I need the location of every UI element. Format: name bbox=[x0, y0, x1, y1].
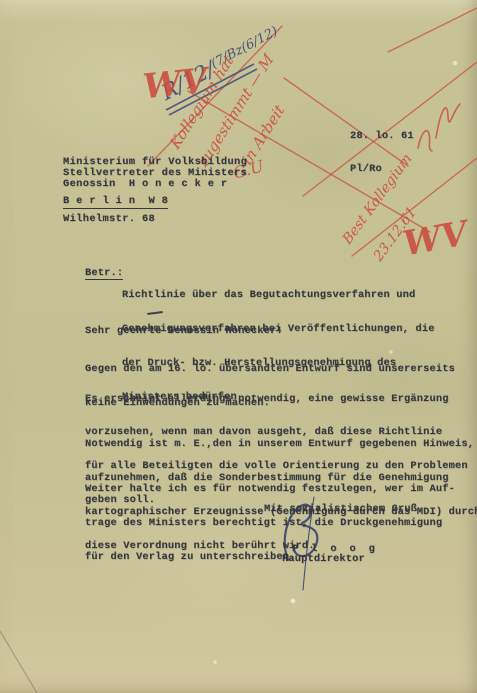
scanned-letter-page: R/12/(7/Bz(6/12) WV Kollegium hat zugest… bbox=[0, 0, 477, 693]
closing-formula: Mit sozialistischem Gruß bbox=[264, 504, 417, 515]
paragraph-4: Weiter halte ich es für notwendig festzu… bbox=[85, 462, 455, 586]
date-line: 28. lo. 61 bbox=[350, 131, 414, 142]
body-line: trage des Ministers berechtigt ist, die … bbox=[85, 518, 455, 529]
body-line: Es erscheint allerdings notwendig, eine … bbox=[85, 394, 468, 405]
subject-label: Betr.: bbox=[85, 268, 123, 279]
reference-line: Pl/Ro bbox=[350, 164, 414, 175]
red-paraph-marks bbox=[418, 104, 460, 151]
recipient-line-3: Genossin H o n e c k e r bbox=[63, 179, 227, 190]
signer-title: Hauptdirektor bbox=[282, 554, 365, 565]
body-line: Weiter halte ich es für notwendig festzu… bbox=[85, 484, 455, 495]
red-wv-mark-right: WV bbox=[400, 215, 470, 264]
subject-line: Richtlinie über das Begutachtungsverfahr… bbox=[122, 290, 435, 301]
recipient-city: B e r l i n W 8 bbox=[63, 196, 168, 207]
date-block: 28. lo. 61 Pl/Ro bbox=[350, 108, 414, 198]
salutation: Sehr geehrte Genossin Honecker! bbox=[85, 326, 283, 337]
body-line: für den Verlag zu unterschreiben. bbox=[85, 552, 455, 563]
body-line: Notwendig ist m. E.,den in unserem Entwu… bbox=[85, 439, 477, 450]
paper-crease bbox=[0, 631, 37, 693]
recipient-street: Wilhelmstr. 68 bbox=[63, 214, 155, 225]
